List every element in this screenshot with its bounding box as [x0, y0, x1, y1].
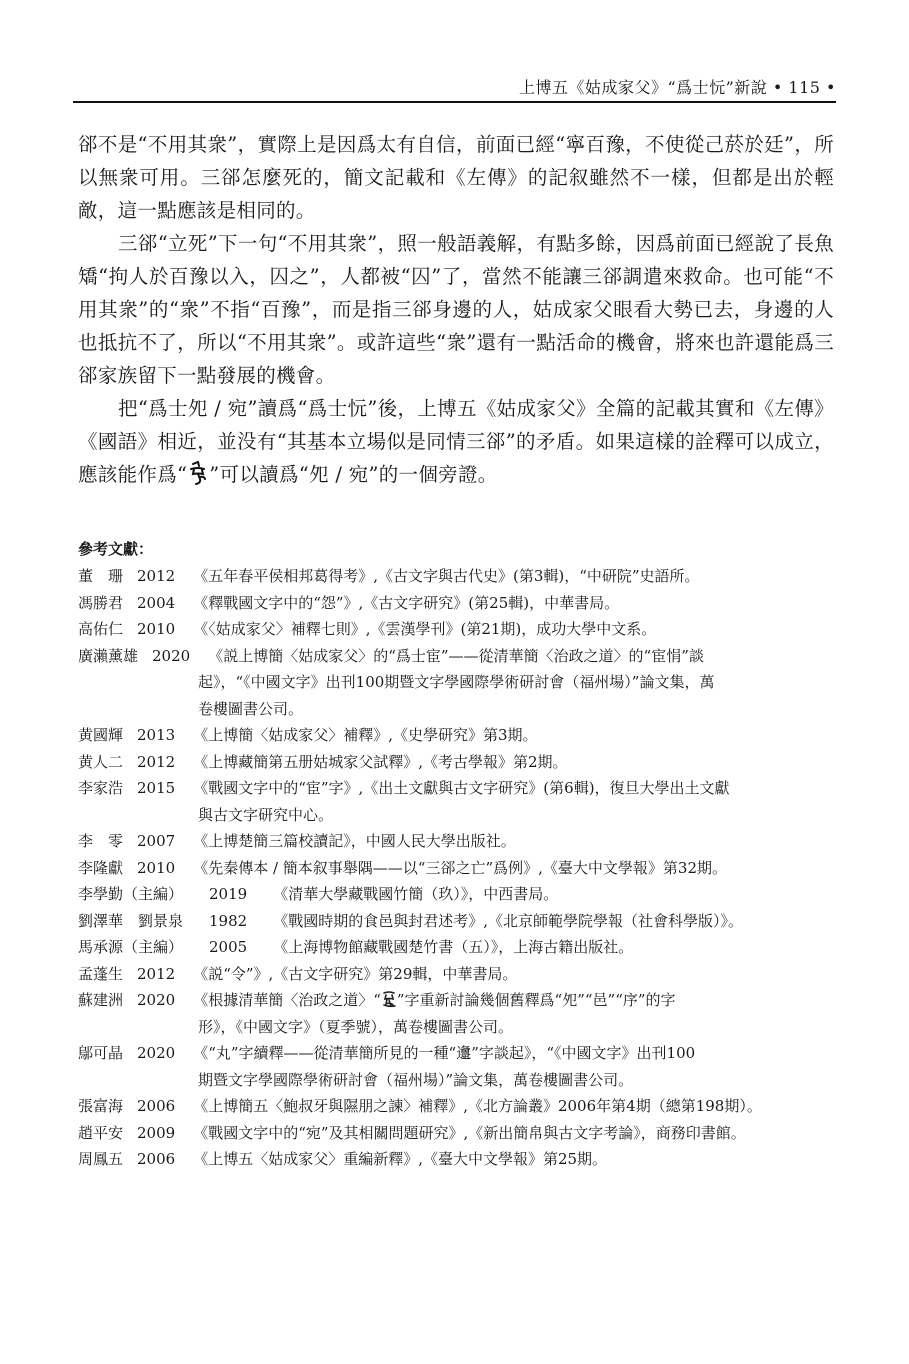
text-line: 郤不是“不用其衆”，實際上是因爲太有自信，前面已經“寧百豫，不使從己菸於	[78, 133, 764, 156]
ref-title: 《〈姑成家父〉補釋七則》,《雲漢學刊》(第21期)，成功大學中文系。	[193, 620, 656, 638]
ref-title-part: ”字重新討論幾個舊釋爲“夗”“邑”“序”的字	[397, 991, 676, 1009]
reference-entry: 李 零2007《上博楚簡三篇校讀記》，中國人民大學出版社。	[78, 828, 848, 855]
ref-author: 李 零	[78, 828, 123, 855]
ref-title: 《上博楚簡三篇校讀記》，中國人民大學出版社。	[193, 832, 516, 850]
reference-entry: 鄔可晶2020《“丸”字續釋——從清華簡所見的一種“邍”字談起》，“《中國文字》…	[78, 1040, 848, 1093]
ref-title: 《五年春平侯相邦葛得考》,《古文字與古代史》(第3輯)，“中研院”史語所。	[193, 567, 699, 585]
ref-title: 《釋戰國文字中的“怨”》,《古文字研究》(第25輯)，中華書局。	[193, 594, 619, 612]
reference-entry: 李家浩2015《戰國文字中的“宦”字》,《出土文獻與古文字研究》(第6輯)，復旦…	[78, 775, 848, 828]
ref-author: 蘇建洲	[78, 987, 123, 1014]
ref-author: 李隆獻	[78, 855, 123, 882]
reference-entry: 劉澤華 劉景泉1982《戰國時期的食邑與封君述考》,《北京師範學院學報（社會科學…	[78, 908, 848, 935]
reference-entry: 趙平安2009《戰國文字中的“宛”及其相關問題研究》,《新出簡帛與古文字考論》，…	[78, 1120, 848, 1147]
ref-title: 《“丸”字續釋——從清華簡所見的一種“邍”字談起》，“《中國文字》出刊100	[193, 1044, 695, 1062]
reference-entry: 孟蓬生2012《説“令”》,《古文字研究》第29輯，中華書局。	[78, 961, 848, 988]
ref-continuation: 形》，《中國文字》（夏季號），萬卷樓圖書公司。	[78, 1014, 848, 1041]
reference-entry: 廣瀨薰雄2020《説上博簡〈姑成家父〉的“爲士宦”——從清華簡〈治政之道〉的“宦…	[78, 643, 848, 723]
reference-entry: 董 珊2012《五年春平侯相邦葛得考》,《古文字與古代史》(第3輯)，“中研院”…	[78, 563, 848, 590]
ref-author: 周鳳五	[78, 1146, 123, 1173]
reference-entry: 黄國輝2013《上博簡〈姑成家父〉補釋》,《史學研究》第3期。	[78, 722, 848, 749]
ref-title: 《説“令”》,《古文字研究》第29輯，中華書局。	[193, 965, 517, 983]
ref-year: 2009	[137, 1120, 175, 1147]
ref-year: 2015	[137, 775, 175, 802]
ref-year: 2006	[137, 1093, 175, 1120]
ref-title: 《先秦傳本 / 簡本叙事舉隅——以“三郤之亡”爲例》,《臺大中文學報》第32期。	[193, 859, 727, 877]
ref-title: 《戰國時期的食邑與封君述考》,《北京師範學院學報（社會科學版）》。	[273, 912, 743, 930]
paragraph-1: 郤不是“不用其衆”，實際上是因爲太有自信，前面已經“寧百豫，不使從己菸於廷”，所…	[78, 128, 834, 227]
reference-entry: 馬承源（主編）2005《上海博物館藏戰國楚竹書（五）》，上海古籍出版社。	[78, 934, 848, 961]
running-head: 上博五《姑成家父》“爲士忨”新說 • 115 •	[73, 78, 836, 98]
text-line: ”可以讀爲“夗 / 宛”的一個旁證。	[209, 463, 497, 486]
reference-entry: 李學勤（主編）2019《清華大學藏戰國竹簡（玖）》，中西書局。	[78, 881, 848, 908]
ref-year: 2020	[137, 1040, 175, 1067]
ref-title: 《清華大學藏戰國竹簡（玖）》，中西書局。	[273, 885, 558, 903]
ref-author: 李家浩	[78, 775, 123, 802]
ref-year: 2020	[137, 987, 175, 1014]
ref-author: 趙平安	[78, 1120, 123, 1147]
text-line: 把“爲士夗 / 宛”讀爲“爲士忨”後，上博五《姑成家父》全篇的記載其實	[118, 397, 735, 420]
ref-year: 2010	[137, 616, 175, 643]
ref-title: 《説上博簡〈姑成家父〉的“爲士宦”——從清華簡〈治政之道〉的“宦悁”談	[208, 647, 704, 665]
page-number: • 115 •	[773, 78, 836, 97]
ref-year: 2005	[209, 934, 247, 961]
ref-year: 2004	[137, 590, 175, 617]
ref-author: 馮勝君	[78, 590, 123, 617]
reference-entry: 周鳳五2006《上博五〈姑成家父〉重編新釋》,《臺大中文學報》第25期。	[78, 1146, 848, 1173]
body-text: 郤不是“不用其衆”，實際上是因爲太有自信，前面已經“寧百豫，不使從己菸於廷”，所…	[78, 128, 834, 491]
ref-title: 《上海博物館藏戰國楚竹書（五）》，上海古籍出版社。	[273, 938, 633, 956]
ref-year: 2006	[137, 1146, 175, 1173]
ref-author: 高佑仁	[78, 616, 123, 643]
ancient-character-glyph-icon	[187, 461, 209, 485]
ref-author: 黄國輝	[78, 722, 123, 749]
reference-entry: 張富海2006《上博簡五〈鮑叔牙與隰朋之諫〉補釋》,《北方論叢》2006年第4期…	[78, 1093, 848, 1120]
ref-author: 馬承源（主編）	[78, 934, 183, 961]
ref-title: 《上博簡〈姑成家父〉補釋》,《史學研究》第3期。	[193, 726, 537, 744]
ref-author: 孟蓬生	[78, 961, 123, 988]
ref-year: 2013	[137, 722, 175, 749]
ref-year: 1982	[209, 908, 247, 935]
ref-continuation: 起》，“《中國文字》出刊100期暨文字學國際學術研討會（福州場）”論文集，萬	[78, 669, 848, 696]
reference-entry: 李隆獻2010《先秦傳本 / 簡本叙事舉隅——以“三郤之亡”爲例》,《臺大中文學…	[78, 855, 848, 882]
paragraph-3: 把“爲士夗 / 宛”讀爲“爲士忨”後，上博五《姑成家父》全篇的記載其實和《左傳》…	[78, 392, 834, 491]
ref-year: 2012	[137, 961, 175, 988]
reference-entry: 黄人二2012《上博藏簡第五册姑城家父試釋》,《考古學報》第2期。	[78, 749, 848, 776]
ref-author: 張富海	[78, 1093, 123, 1120]
ref-title: 《根據清華簡〈治政之道〉“ ”字重新討論幾個舊釋爲“夗”“邑”“序”的字	[193, 991, 675, 1009]
references-section: 參考文獻： 董 珊2012《五年春平侯相邦葛得考》,《古文字與古代史》(第3輯)…	[78, 539, 848, 1173]
ref-title: 《上博五〈姑成家父〉重編新釋》,《臺大中文學報》第25期。	[193, 1150, 607, 1168]
ancient-character-glyph-2-icon	[381, 990, 397, 1008]
ref-title: 《上博簡五〈鮑叔牙與隰朋之諫〉補釋》,《北方論叢》2006年第4期（總第198期…	[193, 1097, 762, 1115]
ref-title: 《上博藏簡第五册姑城家父試釋》,《考古學報》第2期。	[193, 753, 567, 771]
ref-author: 董 珊	[78, 563, 123, 590]
ref-author: 李學勤（主編）	[78, 881, 183, 908]
running-title: 上博五《姑成家父》“爲士忨”新說	[519, 78, 767, 97]
reference-entry: 高佑仁2010《〈姑成家父〉補釋七則》,《雲漢學刊》(第21期)，成功大學中文系…	[78, 616, 848, 643]
ref-year: 2007	[137, 828, 175, 855]
ref-author: 劉澤華 劉景泉	[78, 908, 183, 935]
ref-year: 2012	[137, 563, 175, 590]
ref-title: 《戰國文字中的“宦”字》,《出土文獻與古文字研究》(第6輯)，復旦大學出土文獻	[193, 779, 729, 797]
ref-continuation: 期暨文字學國際學術研討會（福州場）”論文集，萬卷樓圖書公司。	[78, 1067, 848, 1094]
header-rule	[73, 101, 836, 103]
ref-continuation: 卷樓圖書公司。	[78, 696, 848, 723]
ref-title-part: 《根據清華簡〈治政之道〉“	[193, 991, 381, 1009]
reference-entry: 蘇建洲2020《根據清華簡〈治政之道〉“ ”字重新討論幾個舊釋爲“夗”“邑”“序…	[78, 987, 848, 1040]
references-title: 參考文獻：	[78, 539, 848, 559]
reference-entry: 馮勝君2004《釋戰國文字中的“怨”》,《古文字研究》(第25輯)，中華書局。	[78, 590, 848, 617]
ref-continuation: 與古文字研究中心。	[78, 802, 848, 829]
ref-year: 2010	[137, 855, 175, 882]
ref-year: 2012	[137, 749, 175, 776]
ref-author: 廣瀨薰雄	[78, 643, 138, 670]
paragraph-2: 三郤“立死”下一句“不用其衆”，照一般語義解，有點多餘，因爲前面已經說了長魚矯“…	[78, 227, 834, 392]
ref-year: 2019	[209, 881, 247, 908]
ref-author: 鄔可晶	[78, 1040, 123, 1067]
ref-title: 《戰國文字中的“宛”及其相關問題研究》,《新出簡帛與古文字考論》，商務印書館。	[193, 1124, 746, 1142]
ref-author: 黄人二	[78, 749, 123, 776]
text-line: 三郤“立死”下一句“不用其衆”，照一般語義解，有點多餘，因爲前面已	[118, 232, 735, 255]
ref-year: 2020	[152, 643, 190, 670]
